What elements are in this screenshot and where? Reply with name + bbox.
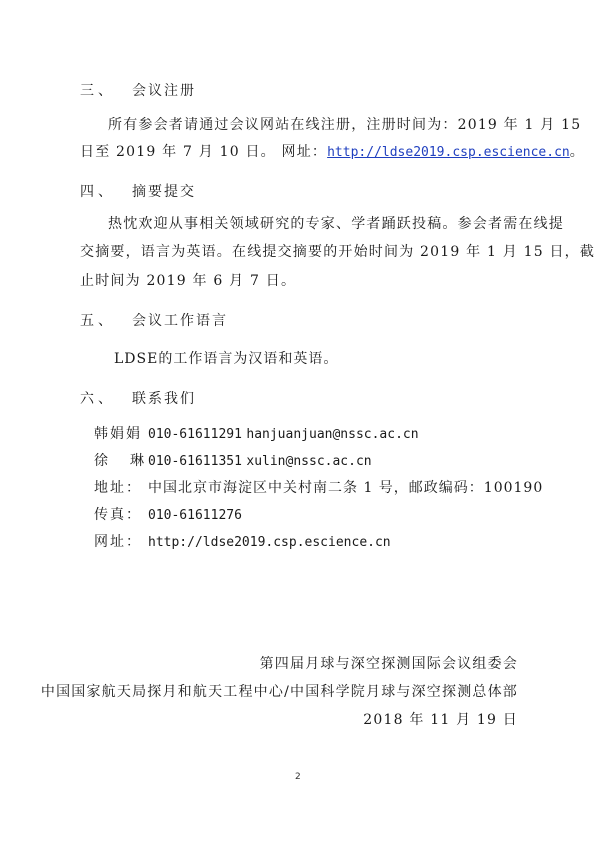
section-number: 六、 — [80, 390, 132, 408]
section-title: 会议注册 — [132, 83, 196, 99]
contact-email[interactable]: hanjuanjuan@nssc.ac.cn — [246, 427, 418, 442]
fax-value: 010-61611276 — [148, 508, 242, 523]
paragraph-line: 热忱欢迎从事相关领域研究的专家、学者踊跃投稿。参会者需在线提 — [108, 215, 564, 233]
contact-email[interactable]: xulin@nssc.ac.cn — [246, 454, 371, 469]
section-number: 三、 — [80, 82, 132, 100]
fax-row: 传真：010-61611276 — [94, 506, 242, 525]
punctuation: 。 — [570, 144, 585, 160]
signature-date: 2018 年 11 月 19 日 — [363, 711, 518, 729]
website-row: 网址：http://ldse2019.csp.escience.cn — [94, 533, 391, 552]
section-heading-contact: 六、联系我们 — [80, 390, 196, 408]
section-title: 会议工作语言 — [132, 313, 228, 329]
section-number: 五、 — [80, 312, 132, 330]
page-number: 2 — [295, 772, 301, 782]
contact-name: 韩娟娟 — [94, 425, 148, 443]
paragraph-line-with-link: 日至 2019 年 7 月 10 日。 网址：http://ldse2019.c… — [80, 143, 585, 162]
paragraph-line: 交摘要，语言为英语。在线提交摘要的开始时间为 2019 年 1 月 15 日，截 — [80, 243, 595, 261]
paragraph-text: 日至 2019 年 7 月 10 日。 网址： — [80, 144, 327, 160]
website-value[interactable]: http://ldse2019.csp.escience.cn — [148, 535, 391, 550]
contact-row: 韩娟娟010-61611291 hanjuanjuan@nssc.ac.cn — [94, 425, 419, 444]
fax-label: 传真： — [94, 506, 148, 524]
contact-name: 徐琳 — [94, 452, 148, 470]
contact-phone: 010-61611351 — [148, 454, 242, 469]
website-label: 网址： — [94, 533, 148, 551]
section-title: 联系我们 — [132, 391, 196, 407]
paragraph-line: 所有参会者请通过会议网站在线注册，注册时间为：2019 年 1 月 15 — [108, 116, 581, 134]
signature-org-centers: 中国国家航天局探月和航天工程中心/中国科学院月球与深空探测总体部 — [41, 683, 518, 701]
contact-phone: 010-61611291 — [148, 427, 242, 442]
contact-row: 徐琳010-61611351 xulin@nssc.ac.cn — [94, 452, 372, 471]
section-number: 四、 — [80, 183, 132, 201]
signature-org-committee: 第四届月球与深空探测国际会议组委会 — [260, 655, 518, 673]
section-title: 摘要提交 — [132, 184, 196, 200]
address-row: 地址：中国北京市海淀区中关村南二条 1 号，邮政编码：100190 — [94, 479, 543, 497]
address-value: 中国北京市海淀区中关村南二条 1 号，邮政编码：100190 — [148, 480, 543, 496]
registration-website-link[interactable]: http://ldse2019.csp.escience.cn — [327, 145, 570, 160]
paragraph-line: 止时间为 2019 年 6 月 7 日。 — [80, 272, 296, 290]
paragraph-line: LDSE的工作语言为汉语和英语。 — [114, 350, 338, 368]
address-label: 地址： — [94, 479, 148, 497]
section-heading-language: 五、会议工作语言 — [80, 312, 228, 330]
section-heading-abstract: 四、摘要提交 — [80, 183, 196, 201]
section-heading-registration: 三、会议注册 — [80, 82, 196, 100]
